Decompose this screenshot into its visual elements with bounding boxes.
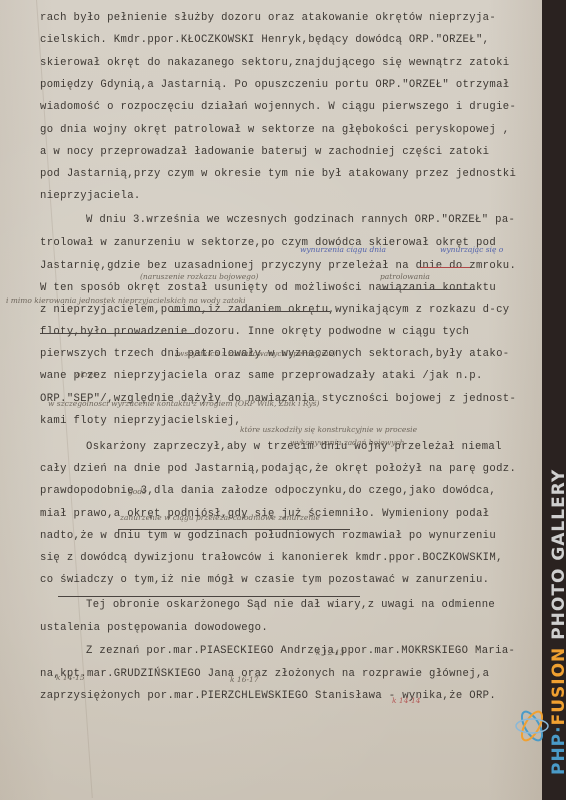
strikethrough <box>170 311 330 312</box>
typed-line: wiadomość o rozpoczęciu działań wojennyc… <box>40 101 516 113</box>
typed-line: ustalenia postępowania dowodowego. <box>40 622 268 634</box>
typed-line: trolował w zanurzeniu w sektorze,po czym… <box>40 237 496 249</box>
typed-line: go dnia wojny okręt patrolował w sektorz… <box>40 124 510 136</box>
strikethrough <box>40 333 195 334</box>
typed-line: kami floty nieprzyjacielskiej, <box>40 415 241 427</box>
strikethrough <box>118 529 350 530</box>
typed-line: Z zeznań por.mar.PIASECKIEGO Andrzeja,pp… <box>86 645 515 657</box>
handwritten-note: i mimo kierowania jednostek nieprzyjacie… <box>6 296 246 305</box>
handwritten-note: (naruszenie rozkazu bojowego) <box>140 272 258 281</box>
typed-line: a w nocy przeprowadzał ładowanie baterыj… <box>40 146 489 158</box>
watermark-text: PHP·FUSION PHOTO GALLERY <box>549 415 566 775</box>
typed-line: W dniu 3.września we wczesnych godzinach… <box>86 214 515 226</box>
handwritten-note: godz <box>128 487 146 496</box>
typed-line: na,kpt.mar.GRUDZIŃSKIEGO Jana oraz złożo… <box>40 668 489 680</box>
handwritten-note: patrolowania <box>380 272 430 281</box>
typed-line: co świadczy o tym,iż nie mógł w czasie t… <box>40 574 489 586</box>
typed-line: nieprzyjaciela. <box>40 190 141 202</box>
handwritten-note: okręt <box>76 370 96 379</box>
handwritten-note: które uszkodziły się konstrukcyjnie w pr… <box>240 425 417 434</box>
typed-line: zaprzysiężonych por.mar.PIERZCHLEWSKIEGO… <box>40 690 496 702</box>
watermark-fusion: FUSION <box>549 647 566 726</box>
typed-line: rach było pełnienie służby dozoru oraz a… <box>40 12 496 24</box>
typed-line: się z dowódcą dywizjonu trałowców i kano… <box>40 552 503 564</box>
strikethrough <box>420 267 470 268</box>
page-reference-note: k 16-17 <box>230 675 259 684</box>
typed-line: prawdopodobnie 3,dla dania załodze odpoc… <box>40 485 496 497</box>
watermark-gallery: PHOTO GALLERY <box>549 469 566 640</box>
handwritten-note: wynurzając się o <box>440 245 503 254</box>
handwritten-note: wynurzenia ciągu dnia <box>300 245 386 254</box>
handwritten-note: wykonywania zadań bojowych <box>290 438 405 447</box>
handwritten-note: (wszystkich z zaatakowanych operacyjnie) <box>175 349 336 358</box>
page-reference-note: k 14-15 <box>56 673 85 682</box>
typed-line: z nieprzyjacielem,pomimo,iż zadaniem okr… <box>40 304 510 316</box>
typed-line: pod Jastarnią,przy czym w okresie tym ni… <box>40 168 516 180</box>
strikethrough <box>58 596 360 597</box>
handwritten-note: zanurzenie w ciągu przeleżał całodniowe … <box>120 513 320 522</box>
typed-line: cielskich. Kmdr.ppor.KŁOCZKOWSKI Henryk,… <box>40 34 489 46</box>
watermark-php: PHP <box>549 733 566 775</box>
page-reference-note: k 14-14 <box>392 696 421 705</box>
typed-line: floty,było prowadzenie dozoru. Inne okrę… <box>40 326 469 338</box>
typed-line: skierował okręt do nakazanego sektoru,zn… <box>40 57 510 69</box>
strikethrough <box>380 289 475 290</box>
typed-line: W ten sposób okręt został usunięty od mo… <box>40 282 496 294</box>
handwritten-note: w szczególności wyrzucenie kontaktu z wr… <box>48 399 319 408</box>
typed-line: cały dzień na dnie pod Jastarnią,podając… <box>40 463 516 475</box>
atom-logo-icon <box>510 700 550 750</box>
typed-line: Tej obronie oskarżonego Sąd nie dał wiar… <box>86 599 495 611</box>
typed-line: Jastarnię,gdzie bez uzasadnionej przyczy… <box>40 260 516 272</box>
typed-line: pomiędzy Gdynią,a Jastarnią. Po opuszcze… <box>40 79 510 91</box>
typed-line: nadto,że w dniu tym w godzinach południo… <box>40 530 496 542</box>
page-reference-note: k 12-13 <box>316 648 345 657</box>
typed-line: wane przez nieprzyjaciela oraz same prze… <box>40 370 483 382</box>
document-page: rach było pełnienie służby dozoru oraz a… <box>0 0 542 800</box>
